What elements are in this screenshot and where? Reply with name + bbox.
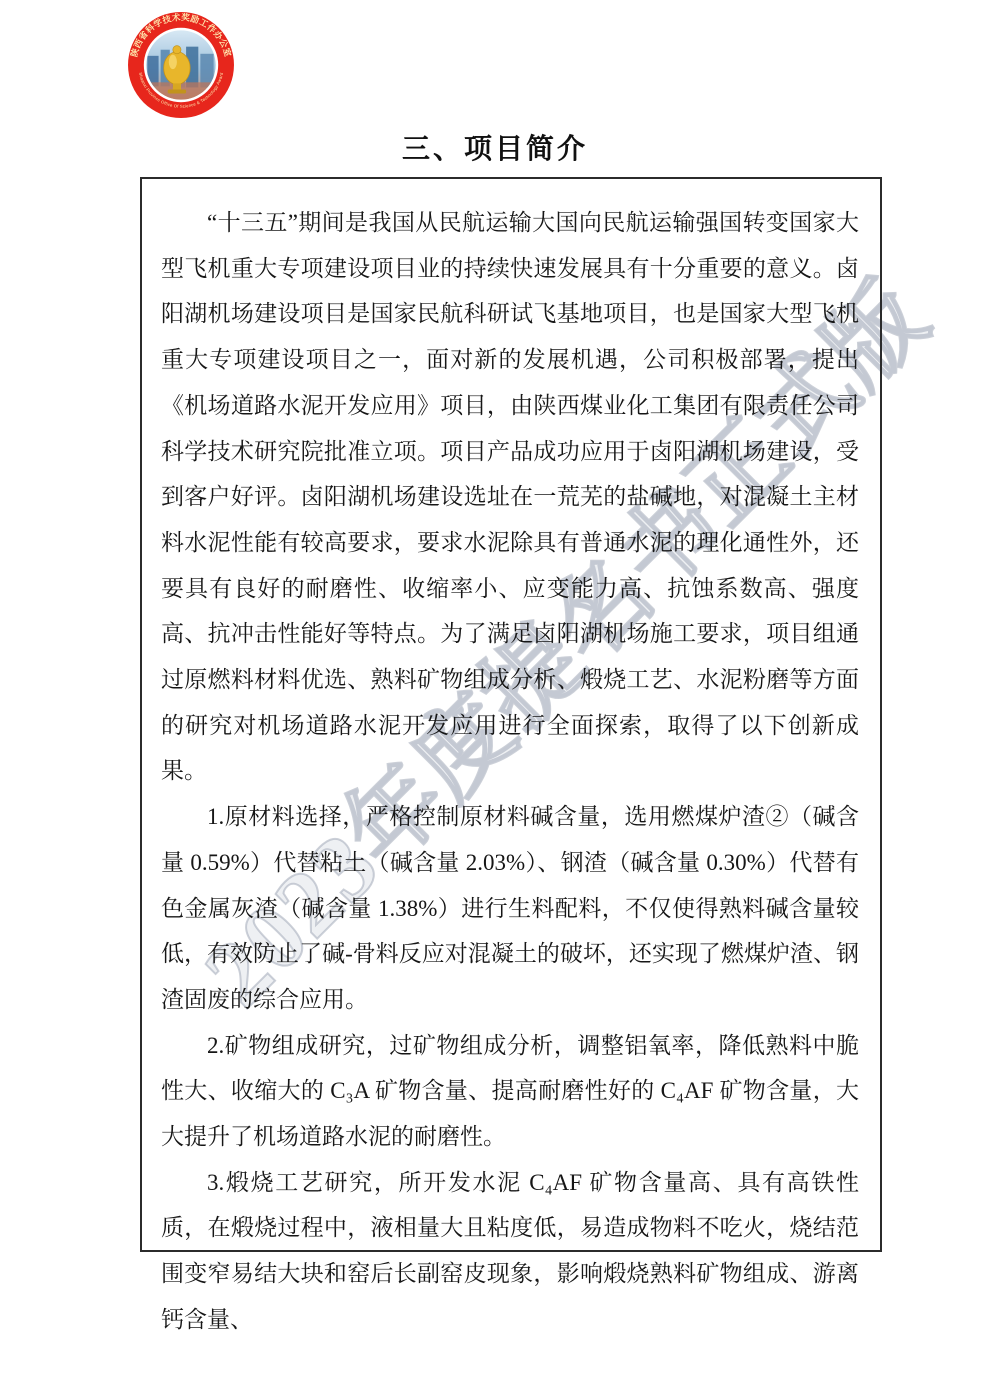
page-title: 三、项目简介 bbox=[0, 127, 990, 167]
paragraph-project-overview: “十三五”期间是我国从民航运输大国向民航运输强国转变国家大型飞机重大专项建设项目… bbox=[161, 200, 859, 794]
paragraph-raw-material-selection: 1.原材料选择，严格控制原材料碱含量，选用燃煤炉渣②（碱含量 0.59%）代替粘… bbox=[161, 794, 859, 1023]
project-intro-box: “十三五”期间是我国从民航运输大国向民航运输强国转变国家大型飞机重大专项建设项目… bbox=[140, 177, 882, 1252]
document-page: 陕西省科学技术奖励工作办公室 Shaanxi Province Office O… bbox=[0, 0, 990, 1399]
paragraph-mineral-composition: 2.矿物组成研究，过矿物组成分析，调整铝氧率，降低熟料中脆性大、收缩大的 C₃A… bbox=[161, 1023, 859, 1160]
seal-graphic: 陕西省科学技术奖励工作办公室 Shaanxi Province Office O… bbox=[127, 11, 235, 119]
award-office-seal: 陕西省科学技术奖励工作办公室 Shaanxi Province Office O… bbox=[127, 11, 235, 119]
paragraph-calcination-process: 3.煅烧工艺研究，所开发水泥 C₄AF 矿物含量高、具有高铁性质，在煅烧过程中，… bbox=[161, 1160, 859, 1343]
